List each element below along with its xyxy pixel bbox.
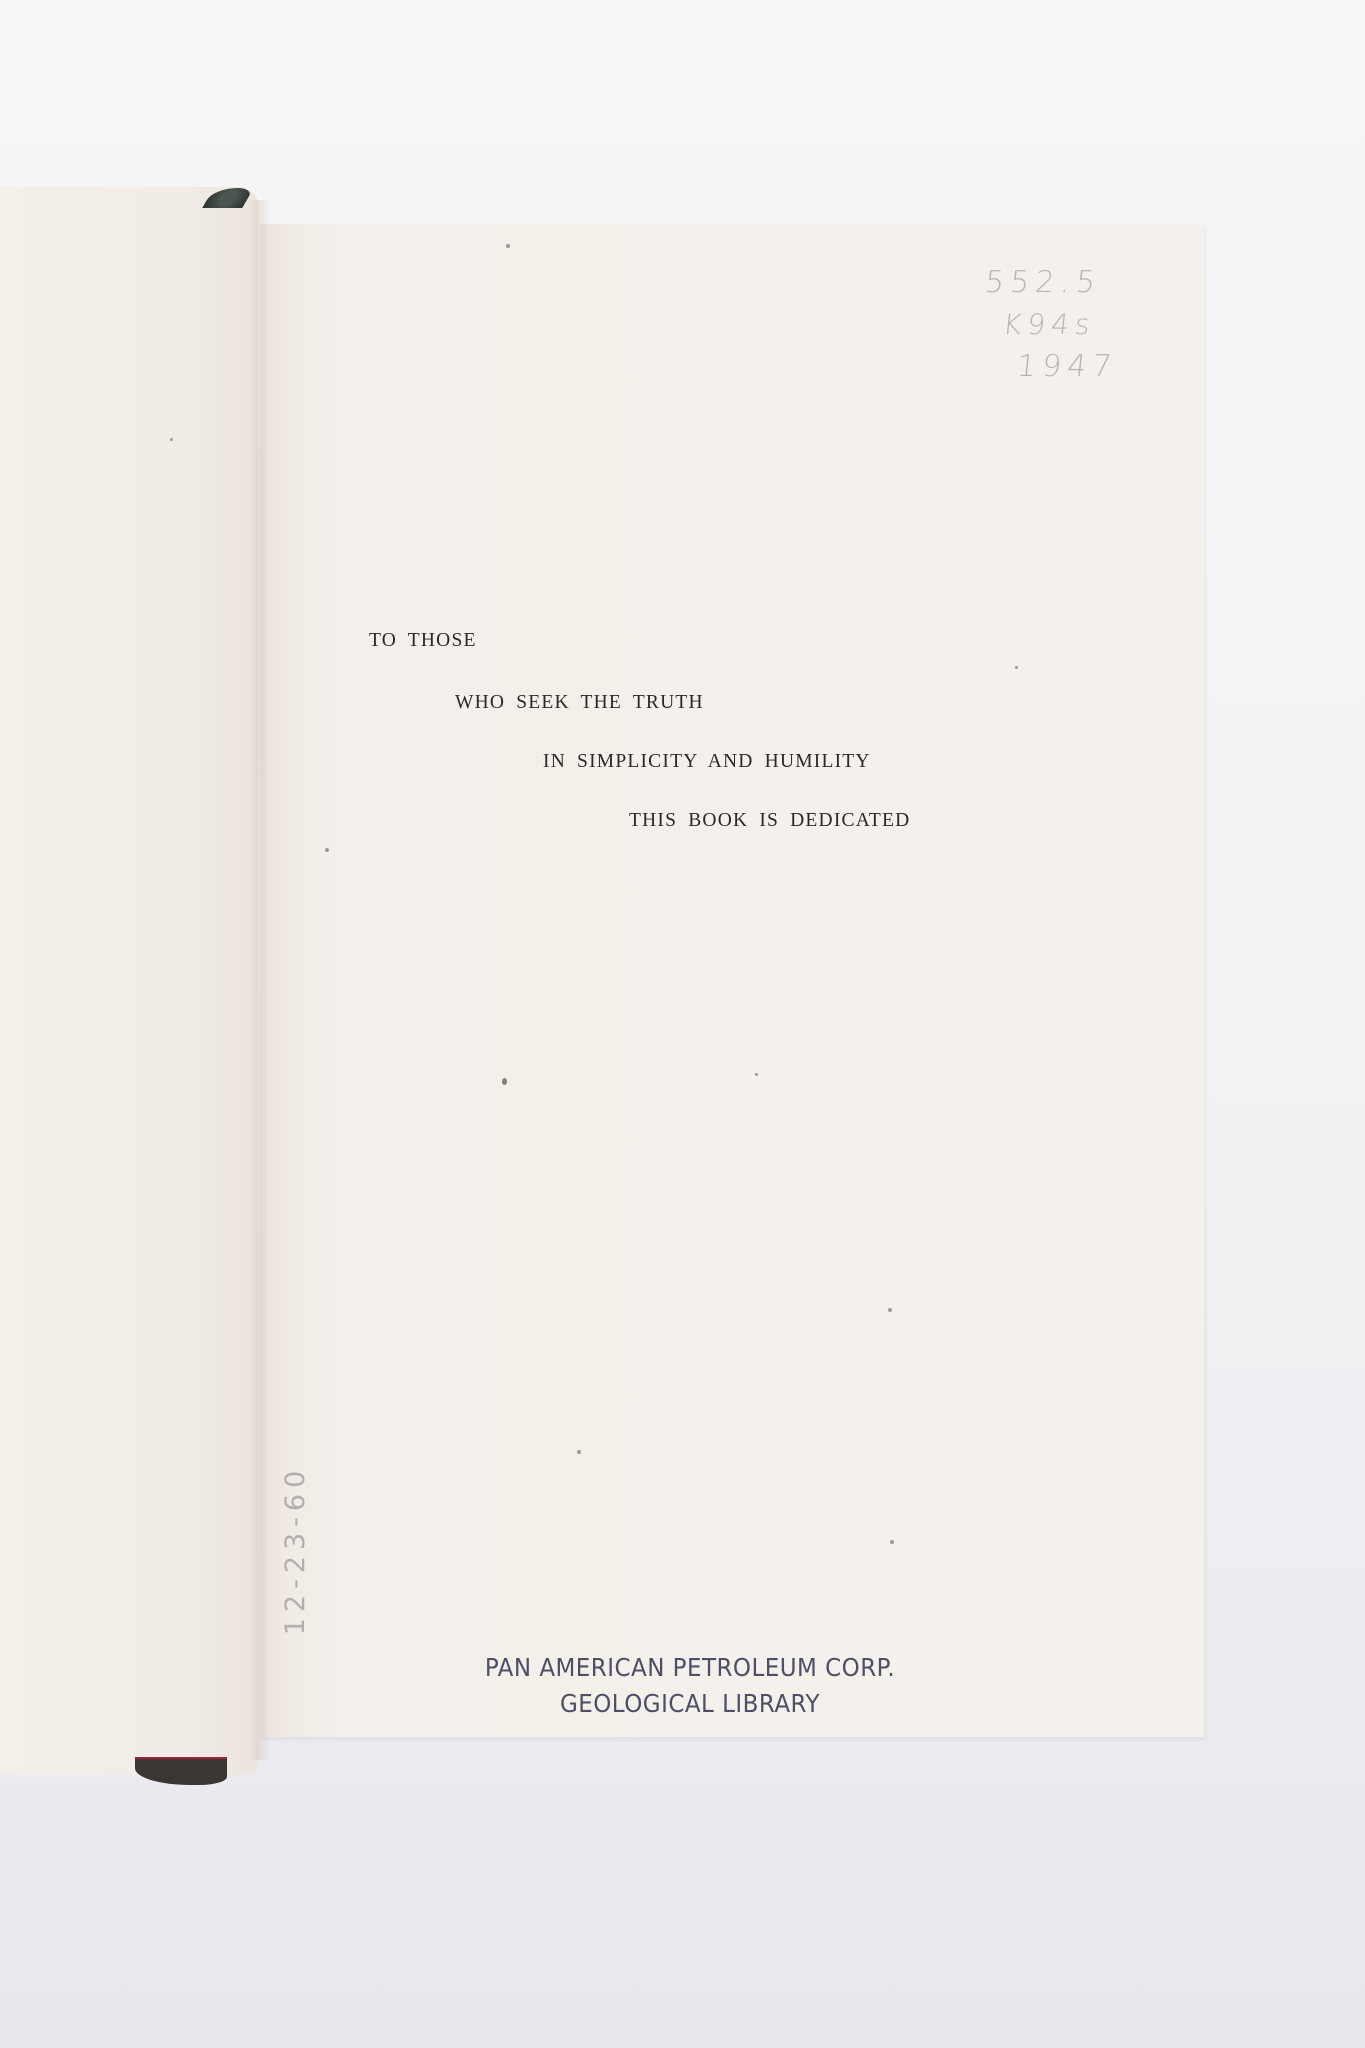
paper-speck: [890, 1540, 894, 1544]
paper-speck: [577, 1450, 581, 1454]
paper-speck: [325, 848, 329, 852]
call-number: 552.5 K94s 1947: [985, 262, 1145, 388]
library-stamp: PAN AMERICAN PETROLEUM CORP. GEOLOGICAL …: [451, 1650, 929, 1722]
right-page: [260, 224, 1204, 1737]
paper-speck: [888, 1308, 892, 1312]
stamp-line-2: GEOLOGICAL LIBRARY: [451, 1686, 929, 1722]
paper-speck: [755, 1073, 758, 1076]
book-spine-bottom: [135, 1757, 227, 1785]
left-page: [0, 187, 258, 1775]
call-number-cutter: K94s: [1001, 304, 1147, 346]
paper-speck: [502, 1078, 507, 1085]
call-number-class: 552.5: [983, 262, 1147, 304]
paper-speck: [170, 438, 173, 441]
paper-speck: [1015, 666, 1018, 669]
dedication-line-3: IN SIMPLICITY AND HUMILITY: [543, 751, 871, 773]
gutter-shadow: [248, 200, 270, 1760]
stamp-line-1: PAN AMERICAN PETROLEUM CORP.: [451, 1650, 929, 1686]
dedication-line-4: THIS BOOK IS DEDICATED: [629, 810, 910, 832]
handwritten-date: 12-23-60: [280, 1430, 320, 1670]
paper-speck: [506, 244, 510, 248]
call-number-year: 1947: [1015, 346, 1147, 388]
dedication-line-2: WHO SEEK THE TRUTH: [455, 692, 704, 714]
dedication-line-1: TO THOSE: [369, 630, 477, 652]
